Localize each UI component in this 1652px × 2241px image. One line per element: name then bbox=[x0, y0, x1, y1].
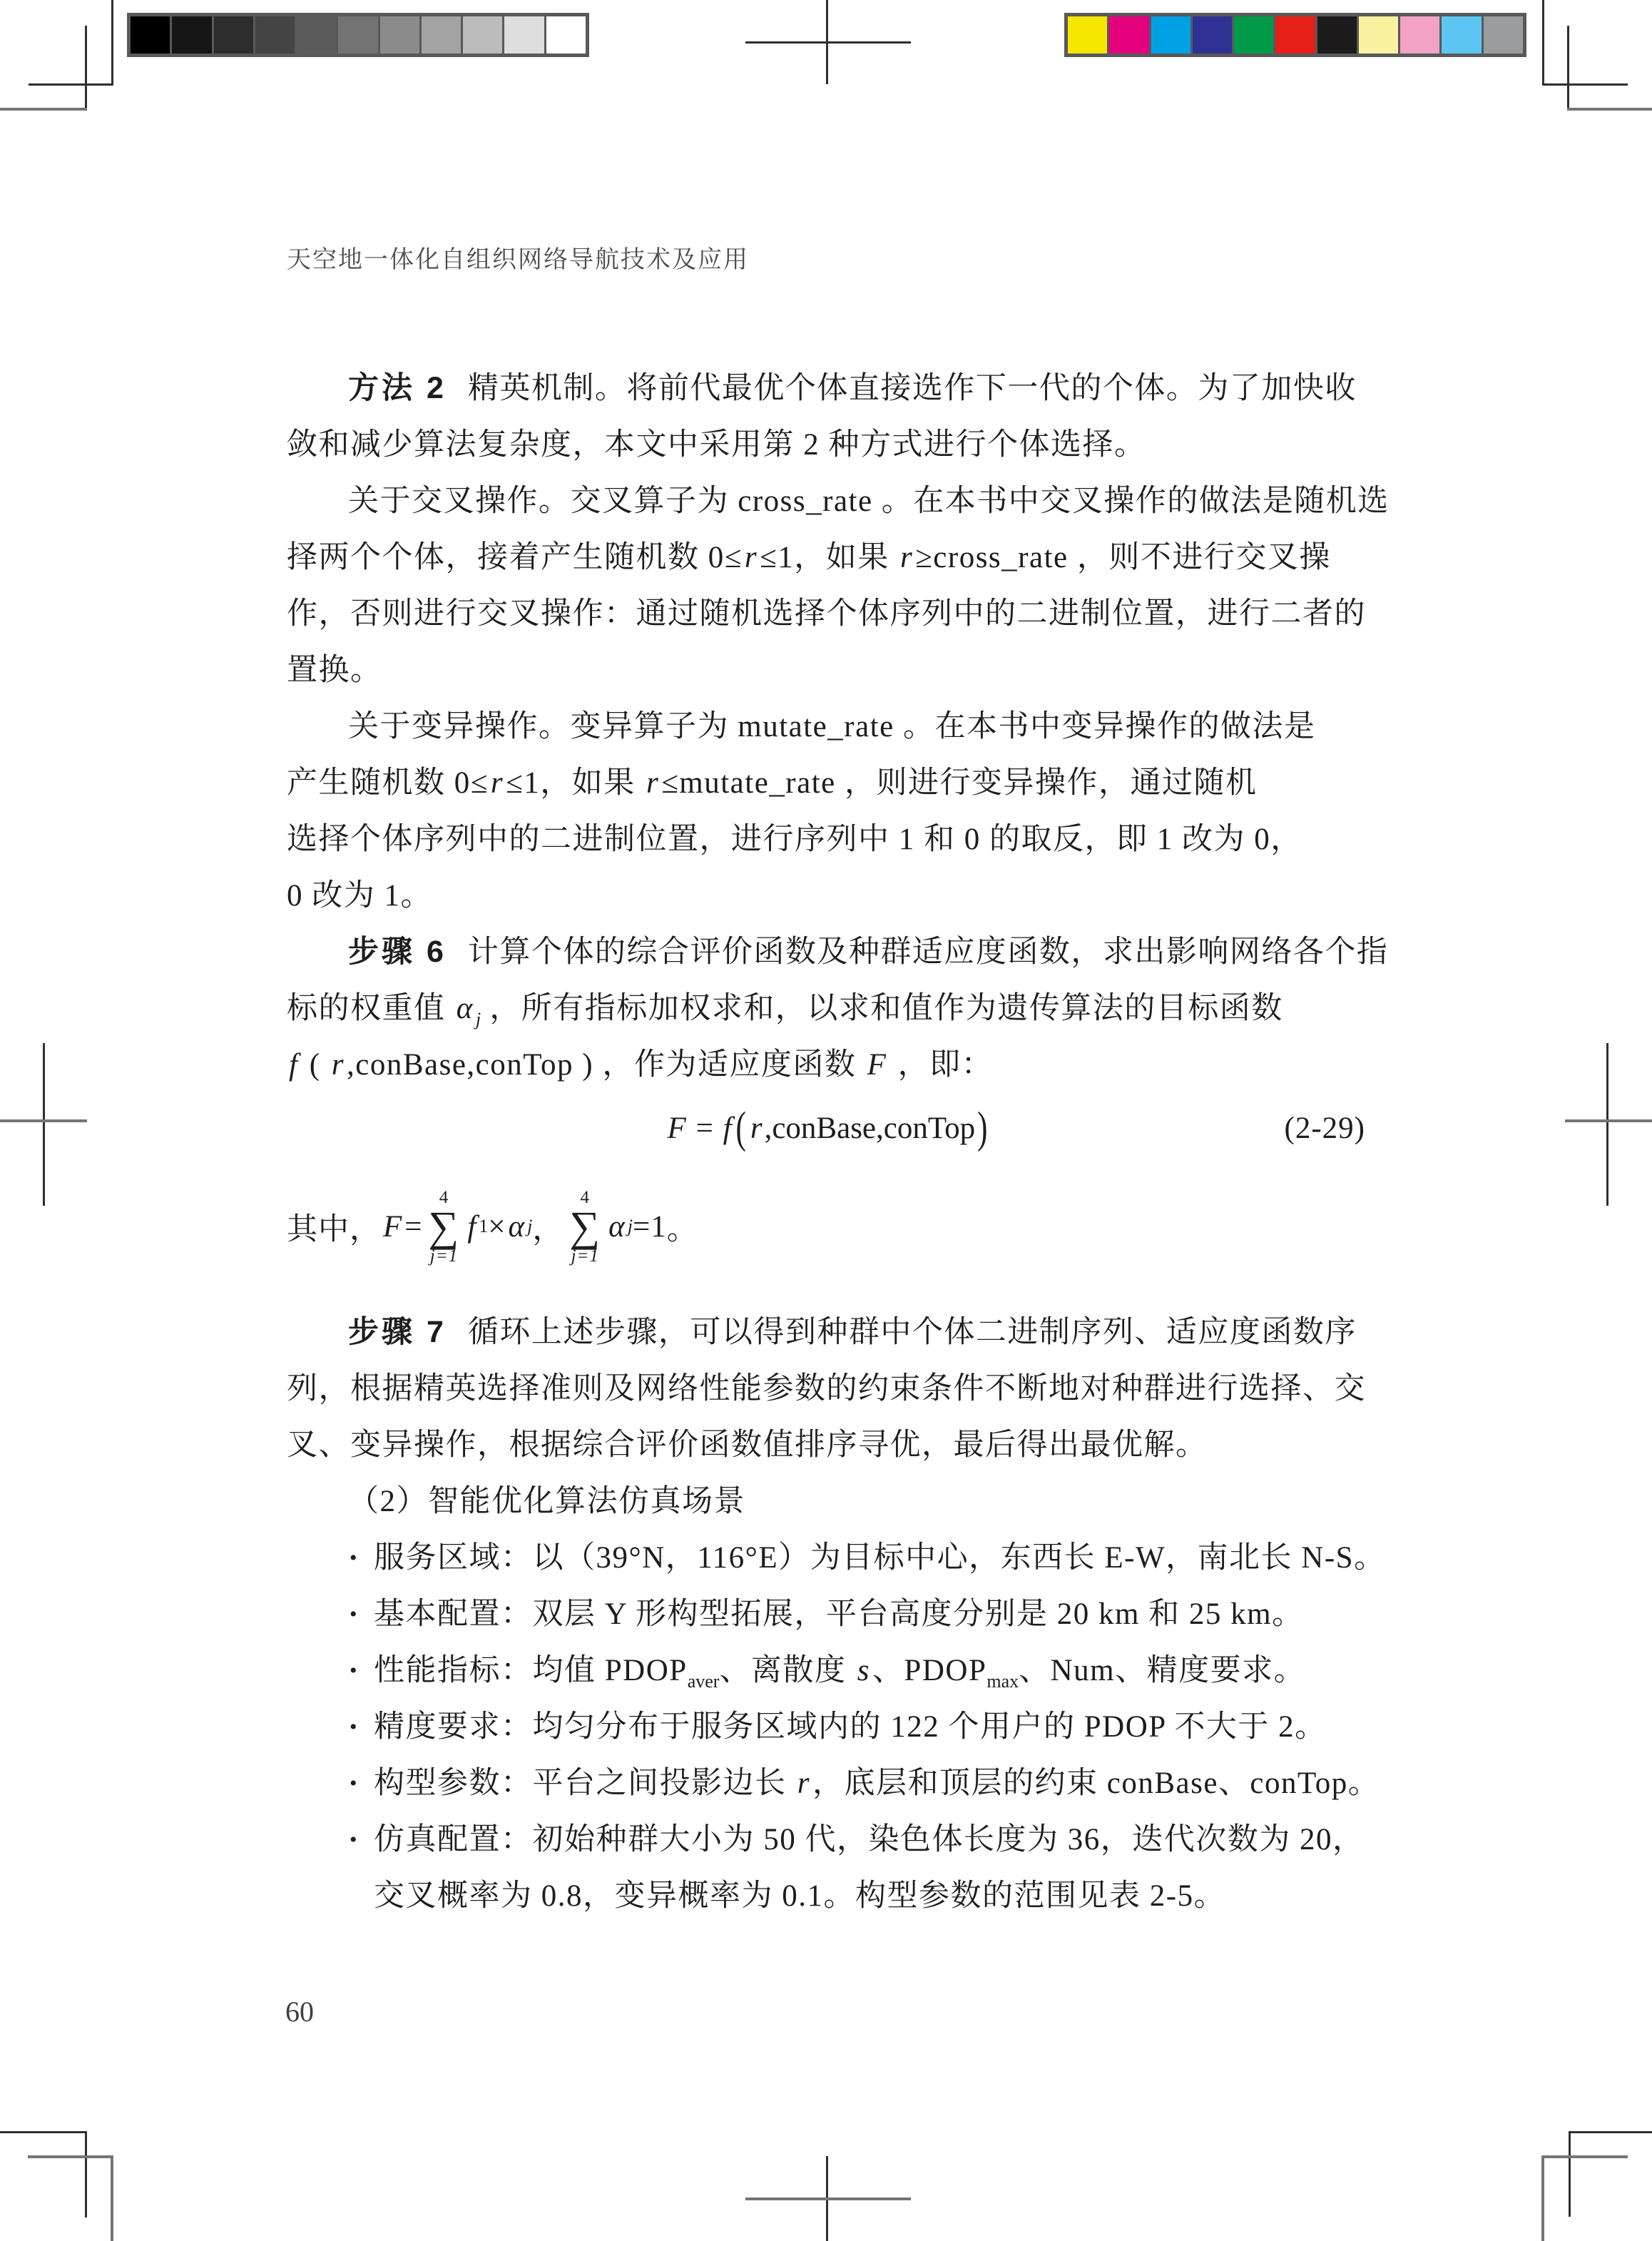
text-segment: F bbox=[865, 1048, 889, 1082]
calibration-swatch bbox=[255, 16, 295, 54]
text-segment: 精英机制。将前代最优个体直接选作下一代的个体。为了加快收 bbox=[468, 372, 1357, 405]
text-segment: 产生随机数 0≤ bbox=[287, 766, 489, 800]
text-line: （2）智能优化算法仿真场景 bbox=[287, 1473, 1368, 1530]
text-segment: r bbox=[644, 766, 661, 800]
text-line: 产生随机数 0≤r≤1，如果 r≤mutate_rate ，则进行变异操作，通过… bbox=[287, 755, 1368, 811]
calibration-swatch bbox=[1400, 16, 1439, 54]
calibration-swatch bbox=[1317, 16, 1357, 54]
text-segment: 列，根据精英选择准则及网络性能参数的约束条件不断地对种群进行选择、交 bbox=[287, 1372, 1366, 1406]
text-line: 0 改为 1。 bbox=[287, 868, 1368, 924]
text-segment: 、Num、精度要求。 bbox=[1019, 1654, 1305, 1687]
text-line: 交叉概率为 0.8，变异概率为 0.1。构型参数的范围见表 2-5。 bbox=[287, 1868, 1368, 1924]
text-segment: （2）智能优化算法仿真场景 bbox=[348, 1485, 745, 1518]
bullet-line: •性能指标：均值 PDOPaver、离散度 s、PDOPmax、Num、精度要求… bbox=[287, 1642, 1368, 1699]
bold-lead: 方法 2 bbox=[348, 371, 447, 405]
calibration-swatch bbox=[1151, 16, 1190, 54]
calibration-swatch bbox=[338, 16, 377, 54]
bullet-marker: • bbox=[350, 1642, 358, 1699]
calibration-swatch bbox=[422, 16, 461, 54]
formula-where: 其中， F = 4 ∑ j=1 f1×αj， 4 ∑ j=1 αj =1。 bbox=[287, 1162, 1368, 1291]
text-segment: r bbox=[330, 1048, 347, 1082]
color-calibration-bar bbox=[1064, 13, 1526, 57]
calibration-swatch bbox=[546, 16, 586, 54]
sigma-symbol: ∑ bbox=[429, 1206, 460, 1247]
text-segment: 标的权重值 bbox=[287, 992, 454, 1025]
text-segment: 关于交叉操作。交叉算子为 cross_rate 。在本书中交叉操作的做法是随机选 bbox=[348, 484, 1390, 518]
text-line: 置换。 bbox=[287, 642, 1368, 698]
bullet-marker: • bbox=[350, 1699, 358, 1755]
bullet-marker: • bbox=[350, 1755, 358, 1811]
text-line: f ( r,conBase,conTop ) ，作为适应度函数 F ，即： bbox=[287, 1037, 1368, 1093]
text-segment: 选择个体序列中的二进制位置，进行序列中 1 和 0 的取反，即 1 改为 0， bbox=[287, 823, 1302, 856]
paragraphs-after-formula: 步骤 7循环上述步骤，可以得到种群中个体二进制序列、适应度函数序列，根据精英选择… bbox=[287, 1304, 1368, 1924]
text-line: 择两个个体，接着产生随机数 0≤r≤1，如果 r≥cross_rate ，则不进… bbox=[287, 529, 1368, 586]
bold-lead: 步骤 6 bbox=[348, 935, 447, 969]
text-segment: ，底层和顶层的约束 conBase、conTop。 bbox=[812, 1767, 1380, 1800]
text-segment: f bbox=[287, 1048, 300, 1082]
text-line: 标的权重值 αj ，所有指标加权求和，以求和值作为遗传算法的目标函数 bbox=[287, 980, 1368, 1037]
bullet-line: •基本配置：双层 Y 形构型拓展，平台高度分别是 20 km 和 25 km。 bbox=[287, 1586, 1368, 1642]
calibration-swatch bbox=[1359, 16, 1398, 54]
bullet-line: •服务区域：以（39°N，116°E）为目标中心，东西长 E-W，南北长 N-S… bbox=[287, 1530, 1368, 1586]
text-line: 作，否则进行交叉操作：通过随机选择个体序列中的二进制位置，进行二者的 bbox=[287, 586, 1368, 642]
text-segment: ，所有指标加权求和，以求和值作为遗传算法的目标函数 bbox=[481, 992, 1283, 1025]
text-block: 方法 2精英机制。将前代最优个体直接选作下一代的个体。为了加快收敛和减少算法复杂… bbox=[287, 360, 1368, 1924]
text-segment: aver bbox=[688, 1671, 720, 1692]
calibration-swatch bbox=[1109, 16, 1148, 54]
text-segment: 基本配置：双层 Y 形构型拓展，平台高度分别是 20 km 和 25 km。 bbox=[374, 1597, 1304, 1631]
text-segment: 性能指标：均值 PDOP bbox=[374, 1654, 688, 1687]
text-segment: ≤1，如果 bbox=[506, 766, 644, 800]
text-segment: 关于变异操作。变异算子为 mutate_rate 。在本书中变异操作的做法是 bbox=[348, 710, 1315, 743]
text-line: 关于交叉操作。交叉算子为 cross_rate 。在本书中交叉操作的做法是随机选 bbox=[287, 473, 1368, 529]
bullet-line: •精度要求：均匀分布于服务区域内的 122 个用户的 PDOP 不大于 2。 bbox=[287, 1699, 1368, 1755]
bullet-line: •构型参数：平台之间投影边长 r，底层和顶层的约束 conBase、conTop… bbox=[287, 1755, 1368, 1811]
calibration-swatch bbox=[297, 16, 336, 54]
text-segment: 循环上述步骤，可以得到种群中个体二进制序列、适应度函数序 bbox=[468, 1316, 1357, 1349]
calibration-swatch bbox=[504, 16, 544, 54]
calibration-swatch bbox=[131, 16, 170, 54]
calibration-swatch bbox=[463, 16, 502, 54]
text-line: 叉、变异操作，根据综合评价函数值排序寻优，最后得出最优解。 bbox=[287, 1417, 1368, 1473]
text-line: 列，根据精英选择准则及网络性能参数的约束条件不断地对种群进行选择、交 bbox=[287, 1361, 1368, 1417]
bold-lead: 步骤 7 bbox=[348, 1315, 447, 1349]
calibration-swatch bbox=[1275, 16, 1315, 54]
text-segment: 仿真配置：初始种群大小为 50 代，染色体长度为 36，迭代次数为 20， bbox=[374, 1823, 1365, 1856]
text-line: 敛和减少算法复杂度，本文中采用第 2 种方式进行个体选择。 bbox=[287, 417, 1368, 473]
text-segment: 叉、变异操作，根据综合评价函数值排序寻优，最后得出最优解。 bbox=[287, 1428, 1208, 1462]
text-line: 步骤 7循环上述步骤，可以得到种群中个体二进制序列、适应度函数序 bbox=[287, 1304, 1368, 1361]
sigma-symbol: ∑ bbox=[569, 1206, 601, 1247]
page-number: 60 bbox=[285, 1995, 314, 2028]
text-segment: s bbox=[855, 1654, 872, 1687]
text-segment: 置换。 bbox=[287, 654, 382, 687]
bullet-marker: • bbox=[350, 1586, 358, 1642]
text-segment: 构型参数：平台之间投影边长 bbox=[374, 1767, 795, 1800]
bullet-line: •仿真配置：初始种群大小为 50 代，染色体长度为 36，迭代次数为 20， bbox=[287, 1811, 1368, 1868]
text-segment: 计算个体的综合评价函数及种群适应度函数，求出影响网络各个指 bbox=[468, 935, 1389, 969]
text-line: 选择个体序列中的二进制位置，进行序列中 1 和 0 的取反，即 1 改为 0， bbox=[287, 811, 1368, 868]
text-segment: max bbox=[986, 1671, 1019, 1692]
text-segment: ( bbox=[300, 1048, 329, 1082]
text-segment: 、离散度 bbox=[719, 1654, 855, 1687]
calibration-swatch bbox=[214, 16, 253, 54]
text-segment: r bbox=[489, 766, 506, 800]
text-line: 方法 2精英机制。将前代最优个体直接选作下一代的个体。为了加快收 bbox=[287, 360, 1368, 417]
bullet-marker: • bbox=[350, 1530, 358, 1586]
text-segment: r bbox=[795, 1767, 812, 1800]
book-page: { "header": { "title": "天空地一体化自组织网络导航技术及… bbox=[0, 0, 1652, 2241]
text-segment: ≥cross_rate ，则不进行交叉操 bbox=[915, 541, 1331, 574]
text-segment: r bbox=[743, 541, 760, 574]
calibration-swatch bbox=[1068, 16, 1107, 54]
text-segment: 服务区域：以（39°N，116°E）为目标中心，东西长 E-W，南北长 N-S。 bbox=[374, 1541, 1386, 1575]
right-paren: ) bbox=[977, 1081, 987, 1176]
text-segment: ,conBase,conTop ) ，作为适应度函数 bbox=[347, 1048, 865, 1082]
where-prefix: 其中， bbox=[287, 1205, 381, 1249]
text-segment: j bbox=[476, 1009, 481, 1030]
calibration-swatch bbox=[380, 16, 419, 54]
text-line: 关于变异操作。变异算子为 mutate_rate 。在本书中变异操作的做法是 bbox=[287, 698, 1368, 755]
equation-2-29: F = f(r,conBase,conTop) (2-29) bbox=[287, 1096, 1368, 1162]
left-paren: ( bbox=[736, 1081, 746, 1176]
text-segment: 交叉概率为 0.8，变异概率为 0.1。构型参数的范围见表 2-5。 bbox=[374, 1879, 1225, 1913]
text-segment: ≤mutate_rate ，则进行变异操作，通过随机 bbox=[661, 766, 1257, 800]
text-segment: 精度要求：均匀分布于服务区域内的 122 个用户的 PDOP 不大于 2。 bbox=[374, 1710, 1327, 1744]
summation-1: 4 ∑ j=1 bbox=[429, 1189, 460, 1265]
text-segment: 、PDOP bbox=[872, 1654, 986, 1687]
text-segment: α bbox=[454, 992, 476, 1025]
text-segment: 择两个个体，接着产生随机数 0≤ bbox=[287, 541, 743, 574]
calibration-swatch bbox=[1484, 16, 1523, 54]
summation-2: 4 ∑ j=1 bbox=[569, 1189, 601, 1265]
calibration-swatch bbox=[1193, 16, 1232, 54]
grayscale-calibration-bar bbox=[127, 13, 589, 57]
text-segment: 0 改为 1。 bbox=[287, 879, 432, 913]
equation-lhs: F bbox=[666, 1112, 688, 1145]
calibration-swatch bbox=[1234, 16, 1273, 54]
bullet-marker: • bbox=[350, 1811, 358, 1868]
text-segment: ≤1，如果 bbox=[760, 541, 898, 574]
text-segment: 作，否则进行交叉操作：通过随机选择个体序列中的二进制位置，进行二者的 bbox=[287, 597, 1366, 631]
text-line: 步骤 6计算个体的综合评价函数及种群适应度函数，求出影响网络各个指 bbox=[287, 924, 1368, 980]
text-segment: r bbox=[898, 541, 915, 574]
paragraphs-before-formula: 方法 2精英机制。将前代最优个体直接选作下一代的个体。为了加快收敛和减少算法复杂… bbox=[287, 360, 1368, 1093]
text-segment: 敛和减少算法复杂度，本文中采用第 2 种方式进行个体选择。 bbox=[287, 428, 1146, 462]
calibration-swatch bbox=[1442, 16, 1481, 54]
running-head-title: 天空地一体化自组织网络导航技术及应用 bbox=[287, 240, 749, 275]
equation-number: (2-29) bbox=[1285, 1096, 1365, 1162]
calibration-swatch bbox=[172, 16, 211, 54]
text-segment: ，即： bbox=[889, 1048, 993, 1082]
